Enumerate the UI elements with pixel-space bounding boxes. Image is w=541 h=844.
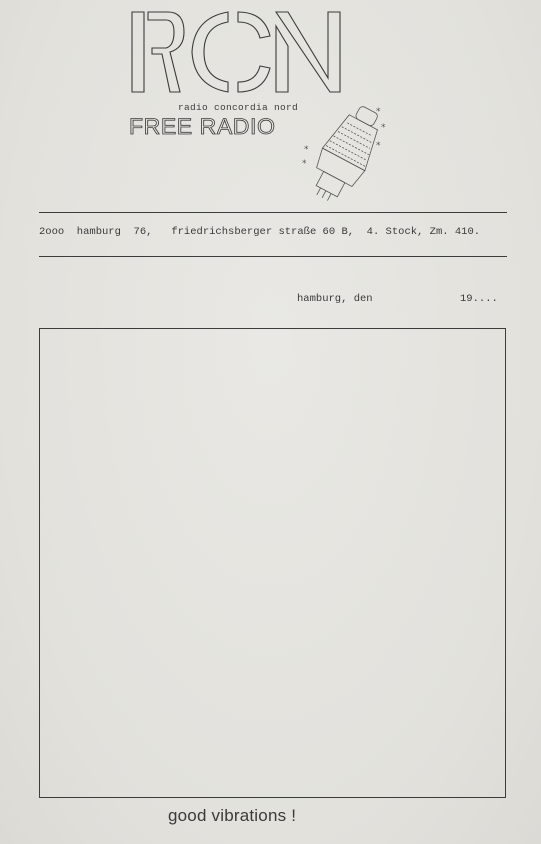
tagline: FREE RADIO (129, 114, 275, 140)
letter-body-box (39, 328, 506, 798)
date-year-field: 19.... (460, 293, 498, 305)
svg-text:*: * (304, 145, 309, 155)
svg-text:*: * (376, 141, 381, 151)
footer-slogan: good vibrations ! (168, 806, 296, 826)
svg-text:*: * (376, 107, 381, 117)
rcn-logo (128, 8, 344, 96)
station-name: radio concordia nord (178, 102, 298, 113)
date-place-label: hamburg, den (297, 293, 373, 305)
address-line: 2ooo hamburg 76, friedrichsberger straße… (39, 226, 509, 238)
header-divider-bottom (39, 256, 507, 257)
header-divider-top (39, 212, 507, 213)
svg-text:*: * (302, 159, 307, 169)
radio-tube-icon: * * * * * (296, 100, 396, 205)
svg-text:*: * (381, 123, 386, 133)
